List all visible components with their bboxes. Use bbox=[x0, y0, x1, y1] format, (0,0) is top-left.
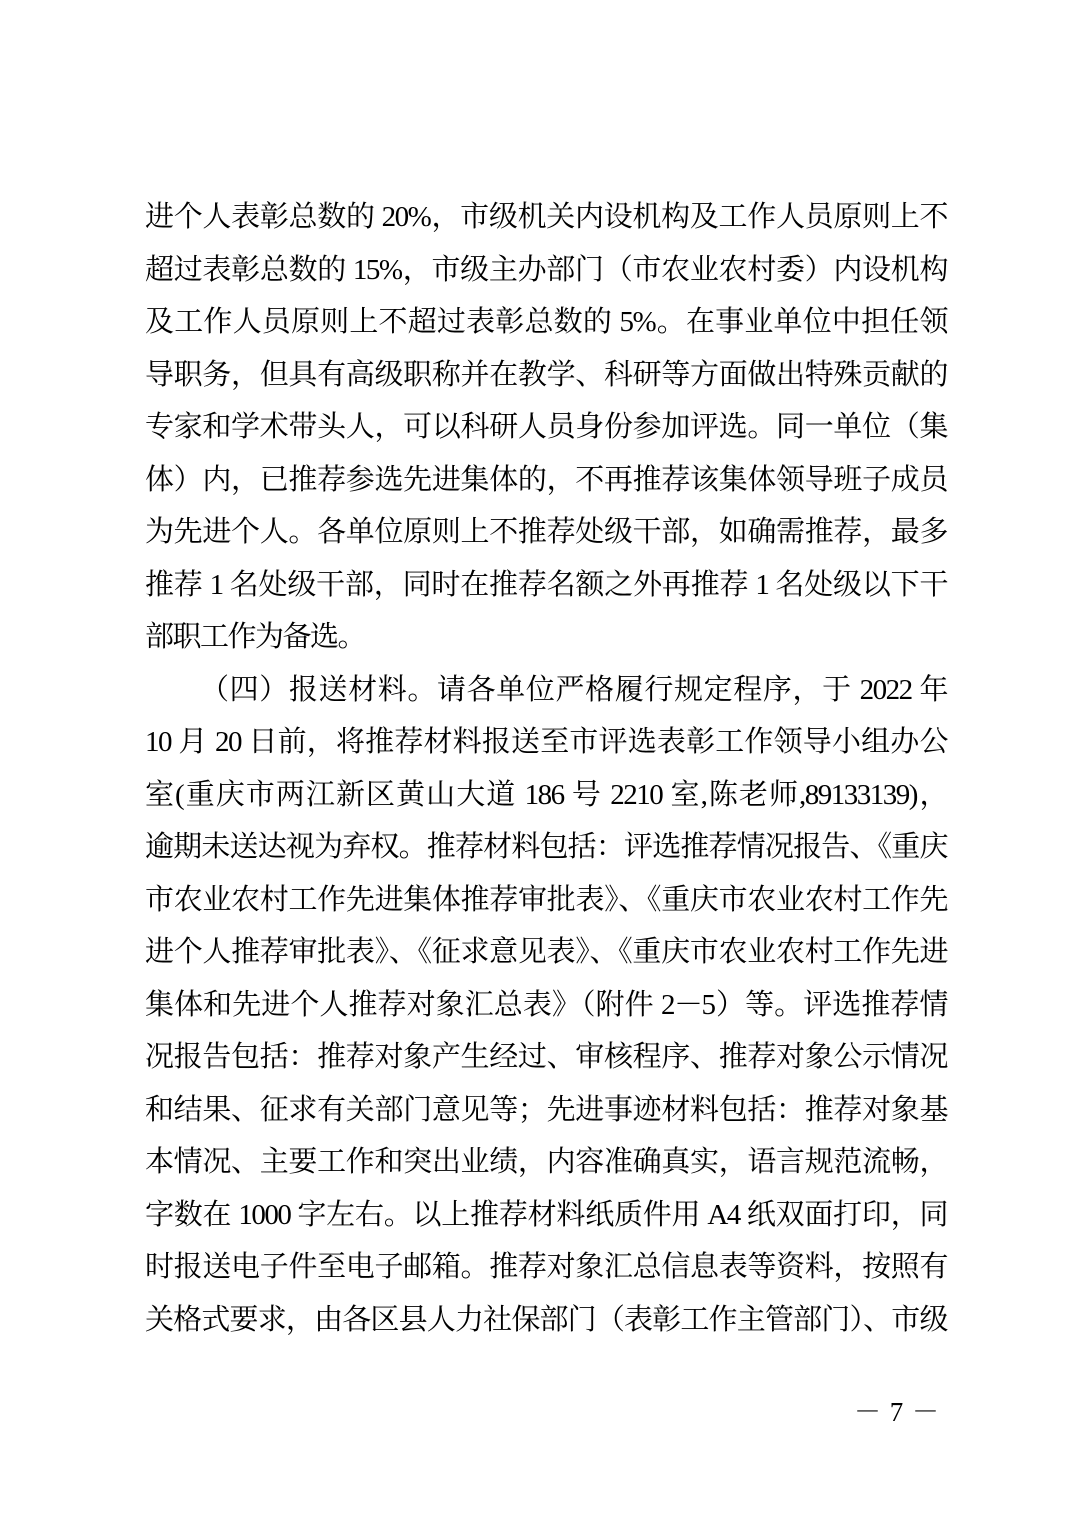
text-line: （四）报送材料。请各单位严格履行规定程序，于 2022 年 bbox=[145, 664, 947, 717]
text-line: 及工作人员原则上不超过表彰总数的 5%。在事业单位中担任领 bbox=[145, 296, 947, 349]
text-line: 体）内，已推荐参选先进集体的，不再推荐该集体领导班子成员 bbox=[145, 454, 947, 507]
text-line: 和结果、征求有关部门意见等；先进事迹材料包括：推荐对象基 bbox=[145, 1084, 947, 1137]
text-line: 10 月 20 日前，将推荐材料报送至市评选表彰工作领导小组办公 bbox=[145, 716, 947, 769]
document-page: 进个人表彰总数的 20%，市级机关内设机构及工作人员原则上不超过表彰总数的 15… bbox=[0, 0, 1074, 1520]
text-line: 室(重庆市两江新区黄山大道 186 号 2210 室,陈老师,89133139)… bbox=[145, 769, 947, 822]
text-line: 集体和先进个人推荐对象汇总表》（附件 2－5）等。评选推荐情 bbox=[145, 979, 947, 1032]
text-line: 为先进个人。各单位原则上不推荐处级干部，如确需推荐，最多 bbox=[145, 506, 947, 559]
text-line: 市农业农村工作先进集体推荐审批表》、《重庆市农业农村工作先 bbox=[145, 874, 947, 927]
text-line: 进个人推荐审批表》、《征求意见表》、《重庆市农业农村工作先进 bbox=[145, 926, 947, 979]
page-number: － 7 － bbox=[854, 1390, 940, 1429]
text-line: 导职务，但具有高级职称并在教学、科研等方面做出特殊贡献的 bbox=[145, 349, 947, 402]
text-line: 关格式要求，由各区县人力社保部门（表彰工作主管部门）、市级 bbox=[145, 1294, 947, 1347]
text-line: 本情况、主要工作和突出业绩，内容准确真实，语言规范流畅， bbox=[145, 1136, 947, 1189]
text-line: 超过表彰总数的 15%，市级主办部门（市农业农村委）内设机构 bbox=[145, 244, 947, 297]
text-line: 时报送电子件至电子邮箱。推荐对象汇总信息表等资料，按照有 bbox=[145, 1241, 947, 1294]
text-line: 逾期未送达视为弃权。推荐材料包括：评选推荐情况报告、《重庆 bbox=[145, 821, 947, 874]
text-line: 专家和学术带头人，可以科研人员身份参加评选。同一单位（集 bbox=[145, 401, 947, 454]
text-line: 进个人表彰总数的 20%，市级机关内设机构及工作人员原则上不 bbox=[145, 191, 947, 244]
text-line: 推荐 1 名处级干部，同时在推荐名额之外再推荐 1 名处级以下干 bbox=[145, 559, 947, 612]
text-line: 况报告包括：推荐对象产生经过、审核程序、推荐对象公示情况 bbox=[145, 1031, 947, 1084]
text-line: 部职工作为备选。 bbox=[145, 611, 947, 664]
text-line: 字数在 1000 字左右。以上推荐材料纸质件用 A4 纸双面打印，同 bbox=[145, 1189, 947, 1242]
document-body: 进个人表彰总数的 20%，市级机关内设机构及工作人员原则上不超过表彰总数的 15… bbox=[145, 191, 947, 1346]
